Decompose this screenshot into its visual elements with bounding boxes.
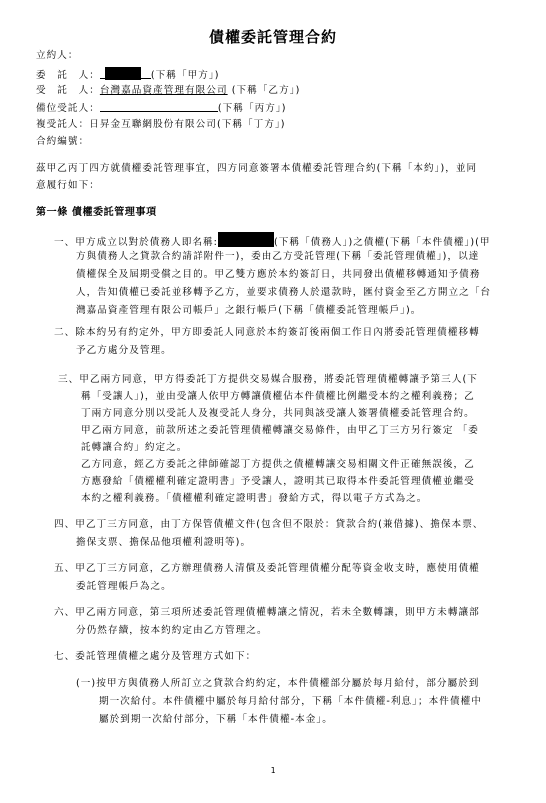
clause-number: 六、 bbox=[54, 607, 75, 618]
party-sub-trustee: 複受託人：日昇金互聯網股份有限公司(下稱「丁方」) bbox=[36, 118, 286, 131]
clause-3-first-line: 三、甲乙兩方同意，甲方得委託丁方提供交易媒合服務，將委託管理債權轉讓予第三人(下 bbox=[58, 373, 478, 386]
clause-text: 甲方成立以對於債務人即名稱: bbox=[75, 237, 218, 248]
party-suffix: (下稱「丙方」) bbox=[218, 103, 287, 114]
clause-line: 人，告知債權已委託並移轉予乙方，並要求債務人於還款時，匯付資金至乙方開立之「台 bbox=[76, 286, 491, 299]
clause-5-first-line: 五、甲乙丁三方同意，乙方辦理債務人清償及委託管理債權分配等資金收支時，應使用債權 bbox=[54, 562, 480, 575]
party-backup-trustee: 備位受託人：(下稱「丙方」) bbox=[36, 101, 287, 115]
blank-underline bbox=[141, 68, 151, 79]
contract-number-label: 合約編號： bbox=[36, 135, 89, 148]
clause-text: 委託管理債權之處分及管理方式如下： bbox=[75, 651, 256, 662]
clause-text: 按甲方與債務人所訂立之貸款合約約定，本件債權部分屬於每月給付，部分屬於到 bbox=[96, 678, 479, 689]
clause-text: (下稱「債務人」)之債權(下稱「本件債權」)(甲 bbox=[274, 237, 491, 248]
subclause-number: (一) bbox=[76, 678, 96, 689]
clause-text: 甲乙兩方同意，第三項所述委託管理債權轉讓之情況，若未全數轉讓，則甲方未轉讓部 bbox=[75, 607, 479, 618]
party-suffix: (下稱「丁方」) bbox=[217, 119, 286, 130]
clause-line: 託轉讓合約」約定之。 bbox=[81, 441, 187, 454]
party-label: 複受託人： bbox=[36, 119, 89, 130]
party-label: 委 託 人： bbox=[36, 70, 100, 81]
clause-text: 甲乙丁三方同意，乙方辦理債務人清償及委託管理債權分配等資金收支時，應使用債權 bbox=[75, 563, 479, 574]
clause-line: 丁兩方同意分別以受託人及複受託人身分，共同與該受讓人簽署債權委託管理合約。 bbox=[81, 407, 475, 420]
clause-line: 灣嘉品資產管理有限公司帳戶」之銀行帳戶(下稱「債權委託管理帳戶」)。 bbox=[76, 304, 421, 317]
clause-line: 甲乙兩方同意，前款所述之委託管理債權轉讓交易條件，由甲乙丁三方另行簽定 「委 bbox=[81, 424, 479, 437]
parties-header: 立約人： bbox=[36, 49, 79, 62]
clause-text: 甲乙兩方同意，甲方得委託丁方提供交易媒合服務，將委託管理債權轉讓予第三人(下 bbox=[79, 374, 478, 385]
party-name: 台灣嘉品資產管理有限公司 bbox=[100, 85, 228, 96]
clause-line: 期一次給付。本件債權中屬於每月給付部分，下稱「本件債權-利息」；本件債權中 bbox=[99, 695, 482, 708]
redacted-block bbox=[218, 232, 274, 247]
party-trustee: 受 託 人：台灣嘉品資產管理有限公司 (下稱「乙方」) bbox=[36, 84, 300, 97]
clause-text: 除本約另有約定外，甲方即委託人同意於本約簽訂後兩個工作日內將委託管理債權移轉 bbox=[75, 327, 479, 338]
clause-line: 稱「受讓人」)，並由受讓人依甲方轉讓債權佔本件債權比例繼受本約之權利義務；乙 bbox=[81, 390, 475, 403]
clause-6-first-line: 六、甲乙兩方同意，第三項所述委託管理債權轉讓之情況，若未全數轉讓，則甲方未轉讓部 bbox=[54, 606, 480, 619]
clause-line: 予乙方處分及管理。 bbox=[76, 344, 172, 357]
preamble-line: 茲甲乙丙丁四方就債權委託管理事宜，四方同意簽署本債權委託管理合約(下稱「本約」)… bbox=[36, 162, 477, 175]
page-number: 1 bbox=[0, 766, 546, 775]
clause-line: 委託管理帳戶為之。 bbox=[76, 580, 172, 593]
subclause-7-1-first-line: (一)按甲方與債務人所訂立之貸款合約約定，本件債權部分屬於每月給付，部分屬於到 bbox=[76, 677, 479, 690]
clause-text: 甲乙丁三方同意，由丁方保管債權文件(包含但不限於：貸款合約(兼借據)、擔保本票、 bbox=[75, 519, 483, 530]
clause-number: 二、 bbox=[54, 327, 75, 338]
party-name-blank bbox=[100, 101, 218, 112]
article-heading: 第一條 債權委託管理事項 bbox=[36, 206, 157, 219]
party-suffix: (下稱「乙方」) bbox=[228, 85, 301, 96]
clause-number: 七、 bbox=[54, 651, 75, 662]
document-page: 債權委託管理合約 立約人： 委 託 人：(下稱「甲方」) 受 託 人：台灣嘉品資… bbox=[0, 0, 546, 803]
clause-line: 分仍然存續，按本約約定由乙方管理之。 bbox=[76, 624, 268, 637]
clause-line: 方應發給「債權權利確定證明書」予受讓人，證明其已取得本件委託管理債權並繼受 bbox=[81, 475, 475, 488]
clause-4-first-line: 四、甲乙丁三方同意，由丁方保管債權文件(包含但不限於：貸款合約(兼借據)、擔保本… bbox=[54, 518, 484, 531]
clause-line: 擔保支票、擔保品他項權利證明等)。 bbox=[76, 536, 251, 549]
clause-line: 債權保全及屆期受償之目的。甲乙雙方應於本約簽訂日，共同發出債權移轉通知予債務 bbox=[76, 268, 480, 281]
clause-line: 方與債務人之貸款合約請詳附件一)，委由乙方受託管理(下稱「委託管理債權」)，以達 bbox=[76, 250, 479, 263]
clause-number: 一、 bbox=[54, 237, 75, 248]
clause-2-first-line: 二、除本約另有約定外，甲方即委託人同意於本約簽訂後兩個工作日內將委託管理債權移轉 bbox=[54, 326, 480, 339]
clause-7-first-line: 七、委託管理債權之處分及管理方式如下： bbox=[54, 650, 256, 663]
clause-number: 三、 bbox=[58, 374, 79, 385]
clause-line: 本約之權利義務。「債權權利確定證明書」發給方式，得以電子方式為之。 bbox=[81, 492, 427, 505]
redacted-block bbox=[105, 67, 141, 80]
clause-line: 屬於到期一次給付部分，下稱「本件債權-本金」。 bbox=[99, 713, 333, 726]
party-label: 備位受託人： bbox=[36, 103, 100, 114]
clause-number: 四、 bbox=[54, 519, 75, 530]
document-title: 債權委託管理合約 bbox=[0, 26, 546, 47]
party-suffix: (下稱「甲方」) bbox=[151, 70, 220, 81]
clause-line: 乙方同意，經乙方委託之律師確認丁方提供之債權轉讓交易相關文件正確無誤後，乙 bbox=[81, 458, 475, 471]
preamble-line: 意履行如下： bbox=[36, 179, 100, 192]
clause-1-first-line: 一、甲方成立以對於債務人即名稱:(下稱「債務人」)之債權(下稱「本件債權」)(甲 bbox=[54, 232, 491, 249]
clause-number: 五、 bbox=[54, 563, 75, 574]
party-label: 受 託 人： bbox=[36, 85, 100, 96]
party-principal: 委 託 人：(下稱「甲方」) bbox=[36, 67, 220, 82]
party-name: 日昇金互聯網股份有限公司 bbox=[89, 119, 217, 130]
